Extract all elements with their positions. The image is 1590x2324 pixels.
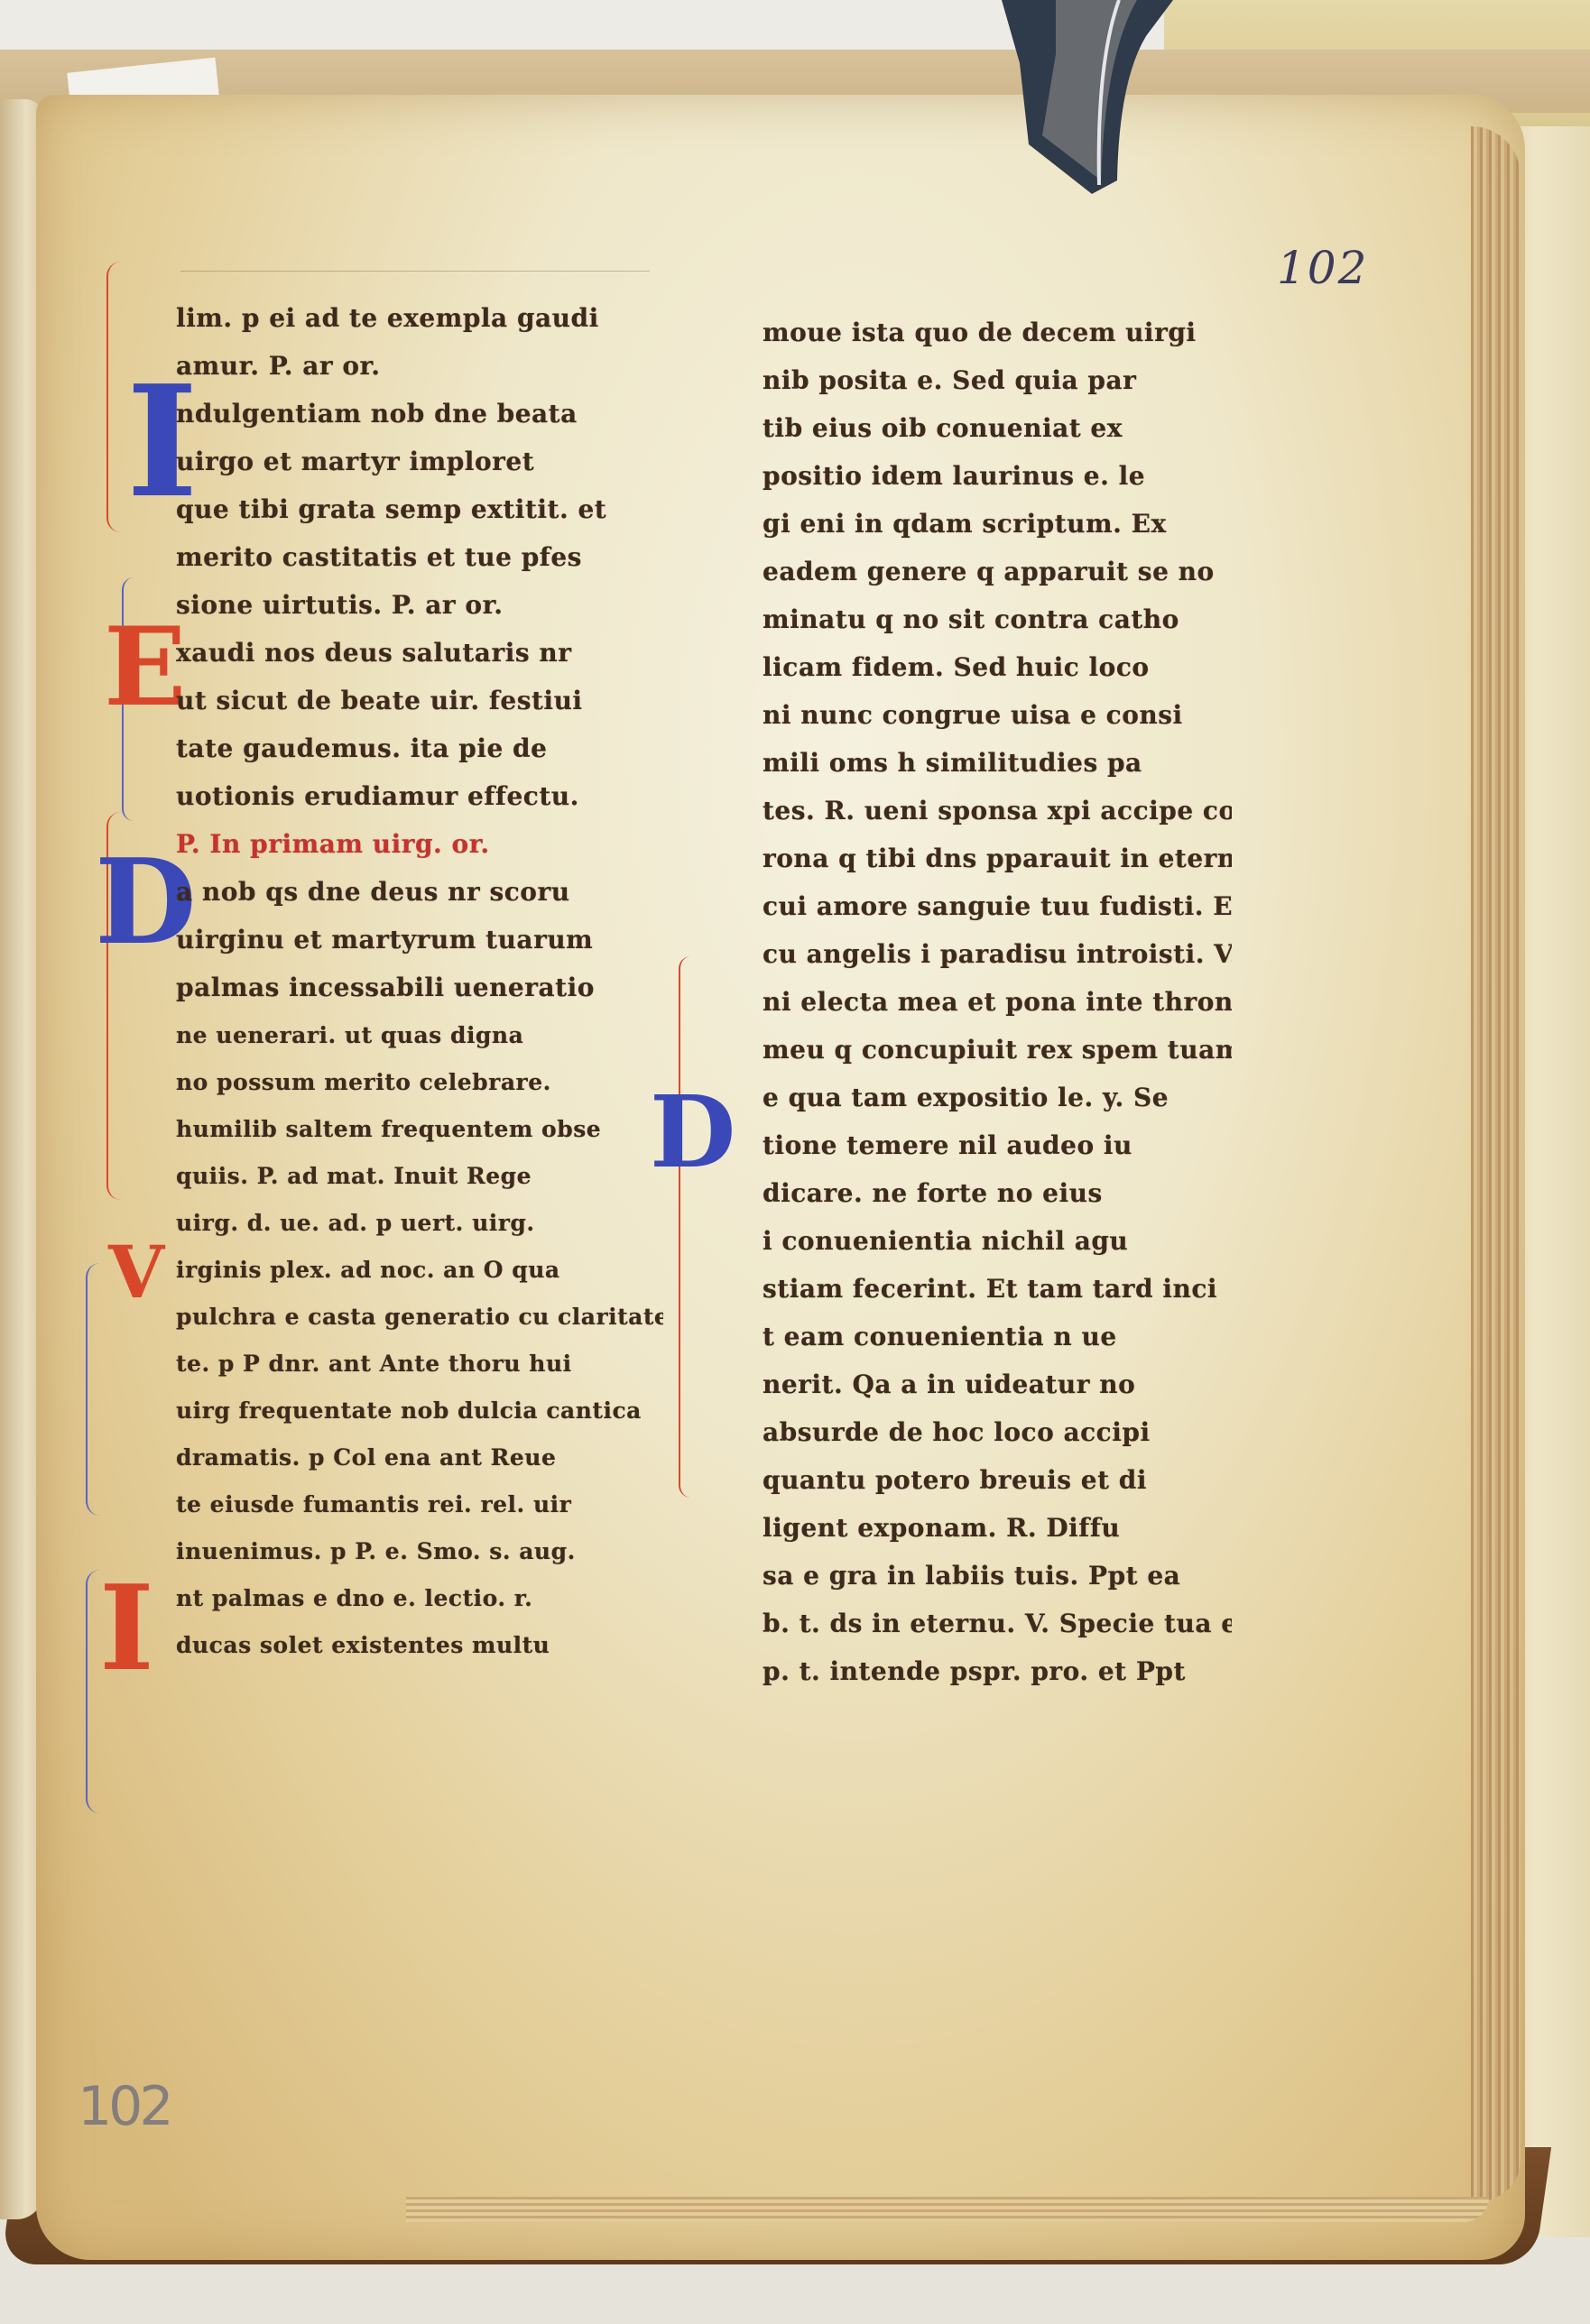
text-line: ni electa mea et pona inte thronu: [763, 978, 1232, 1026]
rubric-line: P. In primam uirg. or.: [176, 820, 663, 868]
metal-clamp-icon: [1002, 0, 1182, 194]
text-line: pulchra e casta generatio cu claritate: [176, 1294, 663, 1341]
text-line: uotionis erudiamur effectu.: [176, 772, 663, 820]
text-line: no possum merito celebrare.: [176, 1059, 663, 1106]
text-line: nt palmas e dno e. lectio. r.: [176, 1575, 663, 1622]
text-line: humilib saltem frequentem obse: [176, 1106, 663, 1153]
page-fore-edge: [1471, 126, 1521, 2201]
text-line: ni nunc congrue uisa e consi: [763, 691, 1232, 739]
folio-number-top: 102: [1277, 242, 1368, 294]
text-line: quantu potero breuis et di: [763, 1456, 1232, 1504]
text-line: b. t. ds in eternu. V. Specie tua et: [763, 1600, 1232, 1647]
text-line: tes. R. ueni sponsa xpi accipe co: [763, 787, 1232, 835]
text-line: tate gaudemus. ita pie de: [176, 724, 663, 772]
text-line: palmas incessabili ueneratio: [176, 964, 663, 1011]
text-line: moue ista quo de decem uirgi: [763, 309, 1232, 356]
folio-number-bottom: 102: [78, 2075, 171, 2138]
text-line: i conuenientia nichil agu: [763, 1217, 1232, 1265]
text-line: t eam conuenientia n ue: [763, 1313, 1232, 1360]
text-line: uirg. d. ue. ad. p uert. uirg.: [176, 1200, 663, 1247]
text-line: dicare. ne forte no eius: [763, 1169, 1232, 1217]
text-line: inuenimus. p P. e. Smo. s. aug.: [176, 1528, 663, 1575]
text-column-left: lim. p ei ad te exempla gaudi amur. P. a…: [176, 294, 663, 1669]
initial-e-red: E: [104, 613, 186, 722]
page-bottom-edge: [406, 2197, 1489, 2222]
text-line: nerit. Qa a in uideatur no: [763, 1360, 1232, 1408]
text-line: sione uirtutis. P. ar or.: [176, 581, 663, 629]
text-line: minatu q no sit contra catho: [763, 595, 1232, 643]
text-line: mili oms h similitudies pa: [763, 739, 1232, 787]
text-line: rona q tibi dns pparauit in eternu. p: [763, 835, 1232, 882]
text-line: gi eni in qdam scriptum. Ex: [763, 500, 1232, 548]
text-line: quiis. P. ad mat. Inuit Rege: [176, 1153, 663, 1200]
text-line: licam fidem. Sed huic loco: [763, 643, 1232, 691]
text-line: tib eius oib conueniat ex: [763, 404, 1232, 452]
initial-i-red: I: [99, 1570, 154, 1687]
text-line: te. p P dnr. ant Ante thoru hui: [176, 1341, 663, 1388]
text-line: cui amore sanguie tuu fudisti. Et: [763, 882, 1232, 930]
text-line: xaudi nos deus salutaris nr: [176, 629, 663, 677]
text-line: lim. p ei ad te exempla gaudi: [176, 294, 663, 342]
text-line: cu angelis i paradisu introisti. V. ue: [763, 930, 1232, 978]
text-column-right: moue ista quo de decem uirgi nib posita …: [763, 309, 1232, 1695]
text-line: stiam fecerint. Et tam tard inci: [763, 1265, 1232, 1313]
text-line: absurde de hoc loco accipi: [763, 1408, 1232, 1456]
text-line: dramatis. p Col ena ant Reue: [176, 1434, 663, 1481]
text-line: uirg frequentate nob dulcia cantica: [176, 1388, 663, 1434]
text-line: ne uenerari. ut quas digna: [176, 1011, 663, 1059]
text-line: tione temere nil audeo iu: [763, 1121, 1232, 1169]
text-line: a nob qs dne deus nr scoru: [176, 868, 663, 916]
text-line: merito castitatis et tue pfes: [176, 533, 663, 581]
text-line: nib posita e. Sed quia par: [763, 356, 1232, 404]
penwork-flourish: [679, 956, 703, 1498]
ruling-line: [180, 271, 650, 272]
text-line: sa e gra in labiis tuis. Ppt ea: [763, 1552, 1232, 1600]
text-line: ducas solet existentes multu: [176, 1622, 663, 1669]
text-line: ndulgentiam nob dne beata: [176, 390, 663, 438]
text-line: positio idem laurinus e. le: [763, 452, 1232, 500]
text-line: irginis plex. ad noc. an O qua: [176, 1247, 663, 1294]
text-line: eadem genere q apparuit se no: [763, 548, 1232, 595]
text-line: p. t. intende pspr. pro. et Ppt: [763, 1647, 1232, 1695]
text-line: ligent exponam. R. Diffu: [763, 1504, 1232, 1552]
text-line: uirgo et martyr imploret: [176, 438, 663, 485]
text-line: amur. P. ar or.: [176, 342, 663, 390]
initial-v-red: V: [108, 1236, 164, 1308]
text-line: que tibi grata semp extitit. et: [176, 485, 663, 533]
text-line: te eiusde fumantis rei. rel. uir: [176, 1481, 663, 1528]
text-line: meu q concupiuit rex spem tuam: [763, 1026, 1232, 1074]
text-line: uirginu et martyrum tuarum: [176, 916, 663, 964]
text-line: ut sicut de beate uir. festiui: [176, 677, 663, 724]
text-line: e qua tam expositio le. y. Se: [763, 1074, 1232, 1121]
